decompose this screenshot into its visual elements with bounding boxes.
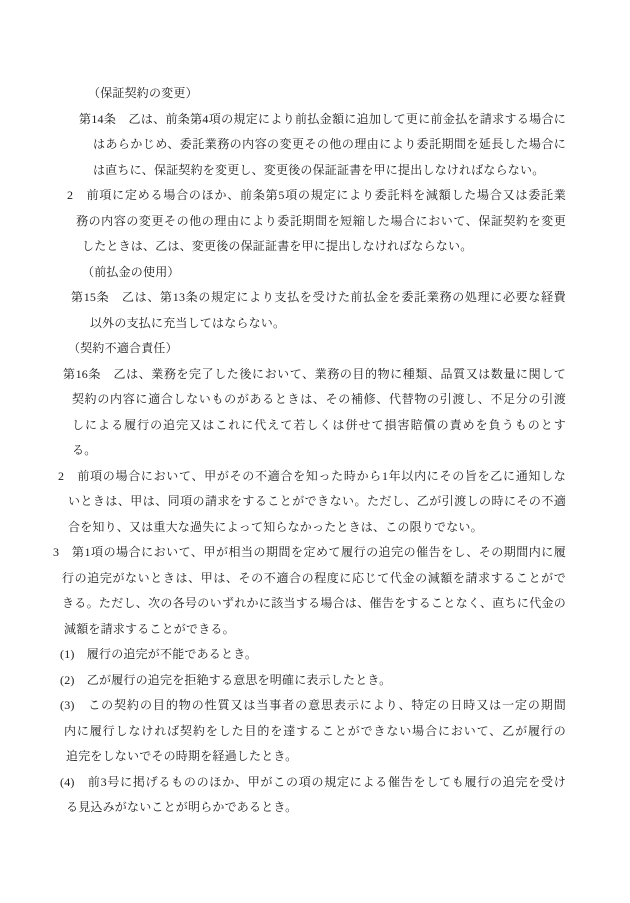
document-line-paragraph-continuation: 減額を請求することができる。: [64, 617, 566, 643]
document-line-item-start: (1) 履行の追完が不能であるとき。: [60, 642, 566, 668]
document-line-paragraph-continuation: 務の内容の変更その他の理由により委託期間を短縮した場合において、保証契約を変更: [76, 209, 566, 235]
document-line-item-start: (3) この契約の目的物の性質又は当事者の意思表示により、特定の日時又は一定の期…: [60, 693, 566, 719]
contract-text-block: （保証契約の変更）第14条 乙は、前条第4項の規定により前払金額に追加して更に前…: [0, 81, 630, 821]
document-line-article-continuation: 契約の内容に適合しないものがあるときは、その補修、代替物の引渡し、不足分の引渡: [72, 387, 566, 413]
document-line-article-continuation: る。: [72, 438, 566, 464]
document-line-item-start: (2) 乙が履行の追完を拒絶する意思を明確に表示したとき。: [60, 668, 566, 694]
document-line-article-start: 第14条 乙は、前条第4項の規定により前払金額に追加して更に前金払を請求する場合…: [79, 107, 566, 133]
document-line-paragraph-continuation: したときは、乙は、変更後の保証証書を甲に提出しなければならない。: [82, 234, 566, 260]
document-line-section-heading: （契約不適合責任）: [68, 336, 566, 362]
document-line-item-continuation: る見込みがないことが明らかであるとき。: [66, 795, 566, 821]
document-line-article-continuation: しによる履行の追完又はこれに代えて若しくは併せて損害賠償の責めを負うものとす: [72, 413, 566, 439]
document-line-paragraph-continuation: いときは、甲は、同項の請求をすることができない。ただし、乙が引渡しの時にその不適: [68, 489, 566, 515]
document-line-section-heading: （前払金の使用）: [82, 260, 566, 286]
document-line-paragraph-continuation: 行の追完がないときは、甲は、その不適合の程度に応じて代金の減額を請求することがで: [62, 566, 566, 592]
document-line-item-continuation: 内に履行しなければ契約をした目的を達することができない場合において、乙が履行の: [64, 719, 566, 745]
document-line-article-continuation: はあらかじめ、委託業務の内容の変更その他の理由により委託期間を延長した場合に: [93, 132, 566, 158]
document-line-item-continuation: 追完をしないでその時期を経過したとき。: [66, 744, 566, 770]
document-line-article-start: 第15条 乙は、第13条の規定により支払を受けた前払金を委託業務の処理に必要な経…: [71, 285, 566, 311]
document-page: （保証契約の変更）第14条 乙は、前条第4項の規定により前払金額に追加して更に前…: [0, 0, 630, 903]
document-line-article-continuation: は直ちに、保証契約を変更し、変更後の保証証書を甲に提出しなければならない。: [93, 158, 566, 184]
document-line-item-start: (4) 前3号に掲げるもののほか、甲がこの項の規定による催告をしても履行の追完を…: [60, 770, 566, 796]
document-line-article-start: 第16条 乙は、業務を完了した後において、業務の目的物に種類、品質又は数量に関し…: [63, 362, 566, 388]
document-line-section-heading: （保証契約の変更）: [88, 81, 566, 107]
document-line-article-continuation: 以外の支払に充当してはならない。: [90, 311, 566, 337]
document-line-paragraph-start: 2 前項の場合において、甲がその不適合を知った時から1年以内にその旨を乙に通知し…: [58, 464, 566, 490]
document-line-paragraph-start: 3 第1項の場合において、甲が相当の期間を定めて履行の追完の催告をし、その期間内…: [53, 540, 566, 566]
document-line-paragraph-start: 2 前項に定める場合のほか、前条第5項の規定により委託料を減額した場合又は委託業: [67, 183, 566, 209]
document-line-paragraph-continuation: きる。ただし、次の各号のいずれかに該当する場合は、催告をすることなく、直ちに代金…: [62, 591, 566, 617]
document-line-paragraph-continuation: 合を知り、又は重大な過失によって知らなかったときは、この限りでない。: [68, 515, 566, 541]
